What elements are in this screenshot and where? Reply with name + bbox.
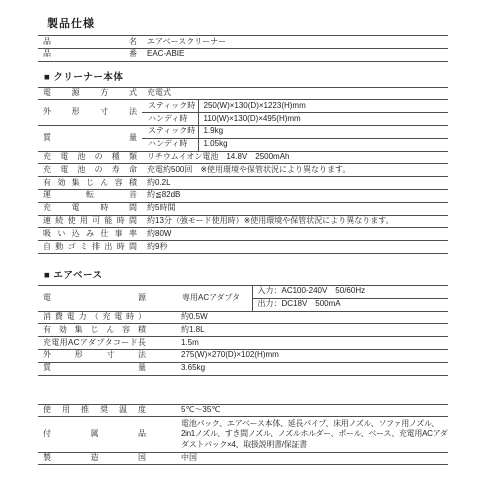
airbase-power-adapter: 専用ACアダプタ xyxy=(176,285,252,311)
operating-noise-label-cell: 運転音 xyxy=(38,189,142,202)
row-charge-time: 充電時間 約5時間 xyxy=(38,202,448,215)
power-consumption-value: 約0.5W xyxy=(176,311,448,324)
row-airbase-dust-capacity: 有効集じん容積 約1.8L xyxy=(38,324,448,337)
row-dust-capacity: 有効集じん容積 約0.2L xyxy=(38,177,448,190)
product-number-value: EAC-ABIE xyxy=(142,48,448,61)
dimensions-handy-sublabel: ハンディ時 xyxy=(142,113,198,126)
cord-length-label: 充電用ACアダプタコード長 xyxy=(43,339,146,348)
airbase-dust-capacity-label-cell: 有効集じん容積 xyxy=(38,324,176,337)
operating-noise-value: 約≦82dB xyxy=(142,189,448,202)
airbase-weight-value: 3.65kg xyxy=(176,362,448,375)
airbase-table: 電源 専用ACアダプタ 入力：AC100-240V 50/60Hz 出力：DC1… xyxy=(38,285,448,376)
accessories-label: 付属品 xyxy=(43,430,146,439)
cleaner-body-table: 電源方式 充電式 外形寸法 スティック時 250(W)×130(D)×1223(… xyxy=(38,87,448,254)
section-heading-cleaner-body: ■ クリーナー本体 xyxy=(44,69,448,83)
row-suction-power: 吸い込み仕事率 約80W xyxy=(38,228,448,241)
row-airbase-dimensions: 外形寸法 275(W)×270(D)×102(H)mm xyxy=(38,349,448,362)
country-of-origin-value: 中国 xyxy=(176,452,448,465)
row-country-of-origin: 製造国 中国 xyxy=(38,452,448,465)
weight-stick-sublabel: スティック時 xyxy=(142,125,198,138)
row-power-consumption: 消費電力（充電時） 約0.5W xyxy=(38,311,448,324)
weight-label-cell: 質量 xyxy=(38,125,142,151)
airbase-power-label-cell: 電源 xyxy=(38,285,176,311)
recommended-temperature-label: 使用推奨温度 xyxy=(43,406,146,415)
row-airbase-power-input: 電源 専用ACアダプタ 入力：AC100-240V 50/60Hz xyxy=(38,285,448,298)
airbase-dimensions-label-cell: 外形寸法 xyxy=(38,349,176,362)
row-airbase-weight: 質量 3.65kg xyxy=(38,362,448,375)
row-operating-noise: 運転音 約≦82dB xyxy=(38,189,448,202)
continuous-use-label: 連続使用可能時間 xyxy=(43,217,137,226)
product-name-value: エアベースクリーナー xyxy=(142,36,448,49)
accessories-value: 電池パック、エアベース本体、延長パイプ、床用ノズル、ソファ用ノズル、 2in1ノ… xyxy=(176,417,448,452)
auto-dust-eject-value: 約9秒 xyxy=(142,241,448,254)
dimensions-label: 外形寸法 xyxy=(43,108,137,117)
weight-handy-value: 1.05kg xyxy=(198,138,448,151)
suction-power-label-cell: 吸い込み仕事率 xyxy=(38,228,142,241)
row-accessories: 付属品 電池パック、エアベース本体、延長パイプ、床用ノズル、ソファ用ノズル、 2… xyxy=(38,417,448,452)
row-battery-life: 充電池の寿命 充電約500回 ※使用環境や保管状況により異なります。 xyxy=(38,164,448,177)
airbase-dust-capacity-value: 約1.8L xyxy=(176,324,448,337)
dimensions-stick-value: 250(W)×130(D)×1223(H)mm xyxy=(198,100,448,113)
spec-sheet-page: 製品仕様 品名 エアベースクリーナー 品番 EAC-ABIE ■ クリーナー本体… xyxy=(0,0,480,480)
battery-life-label: 充電池の寿命 xyxy=(43,166,137,175)
recommended-temperature-label-cell: 使用推奨温度 xyxy=(38,404,176,417)
dimensions-label-cell: 外形寸法 xyxy=(38,100,142,126)
charge-time-label-cell: 充電時間 xyxy=(38,202,142,215)
section-heading-airbase: ■ エアベース xyxy=(44,267,448,281)
accessories-line-1: 電池パック、エアベース本体、延長パイプ、床用ノズル、ソファ用ノズル、 xyxy=(181,419,444,429)
airbase-power-label: 電源 xyxy=(43,294,146,303)
row-power-type: 電源方式 充電式 xyxy=(38,87,448,100)
row-continuous-use: 連続使用可能時間 約13分（強モード使用時）※使用環境や保管状況により異なります… xyxy=(38,215,448,228)
airbase-dust-capacity-label: 有効集じん容積 xyxy=(43,326,146,335)
battery-type-label-cell: 充電池の種類 xyxy=(38,151,142,164)
auto-dust-eject-label: 自動ゴミ排出時間 xyxy=(43,243,137,252)
dimensions-handy-value: 110(W)×130(D)×495(H)mm xyxy=(198,113,448,126)
cord-length-label-cell: 充電用ACアダプタコード長 xyxy=(38,337,176,350)
row-cord-length: 充電用ACアダプタコード長 1.5m xyxy=(38,337,448,350)
country-of-origin-label-cell: 製造国 xyxy=(38,452,176,465)
battery-type-label: 充電池の種類 xyxy=(43,153,137,162)
product-id-table: 品名 エアベースクリーナー 品番 EAC-ABIE xyxy=(38,35,448,62)
airbase-weight-label: 質量 xyxy=(43,364,146,373)
product-number-label: 品番 xyxy=(43,50,137,59)
row-product-name: 品名 エアベースクリーナー xyxy=(38,36,448,49)
power-type-label: 電源方式 xyxy=(43,89,137,98)
accessories-line-2: 2in1ノズル、すき間ノズル、ノズルホルダー、ポール、ベース、充電用ACアダプタ… xyxy=(181,429,444,439)
battery-type-value: リチウムイオン電池 14.8V 2500mAh xyxy=(142,151,448,164)
battery-life-label-cell: 充電池の寿命 xyxy=(38,164,142,177)
continuous-use-value: 約13分（強モード使用時）※使用環境や保管状況により異なります。 xyxy=(142,215,448,228)
continuous-use-label-cell: 連続使用可能時間 xyxy=(38,215,142,228)
operating-noise-label: 運転音 xyxy=(43,191,137,200)
power-type-label-cell: 電源方式 xyxy=(38,87,142,100)
dimensions-stick-sublabel: スティック時 xyxy=(142,100,198,113)
common-table: 使用推奨温度 5℃～35℃ 付属品 電池パック、エアベース本体、延長パイプ、床用… xyxy=(38,404,448,466)
recommended-temperature-value: 5℃～35℃ xyxy=(176,404,448,417)
product-name-label: 品名 xyxy=(43,38,137,47)
product-number-label-cell: 品番 xyxy=(38,48,142,61)
suction-power-value: 約80W xyxy=(142,228,448,241)
row-dimensions-stick: 外形寸法 スティック時 250(W)×130(D)×1223(H)mm xyxy=(38,100,448,113)
weight-handy-sublabel: ハンディ時 xyxy=(142,138,198,151)
airbase-power-output-value: 出力：DC18V 500mA xyxy=(252,298,448,311)
suction-power-label: 吸い込み仕事率 xyxy=(43,230,137,239)
battery-life-value: 充電約500回 ※使用環境や保管状況により異なります。 xyxy=(142,164,448,177)
airbase-dimensions-label: 外形寸法 xyxy=(43,351,146,360)
airbase-dimensions-value: 275(W)×270(D)×102(H)mm xyxy=(176,349,448,362)
charge-time-label: 充電時間 xyxy=(43,204,137,213)
row-battery-type: 充電池の種類 リチウムイオン電池 14.8V 2500mAh xyxy=(38,151,448,164)
accessories-line-3: ダストパック×4、取扱説明書/保証書 xyxy=(181,440,444,450)
product-name-label-cell: 品名 xyxy=(38,36,142,49)
dust-capacity-label-cell: 有効集じん容積 xyxy=(38,177,142,190)
accessories-label-cell: 付属品 xyxy=(38,417,176,452)
row-product-number: 品番 EAC-ABIE xyxy=(38,48,448,61)
weight-stick-value: 1.9kg xyxy=(198,125,448,138)
power-type-value: 充電式 xyxy=(142,87,448,100)
weight-label: 質量 xyxy=(43,134,137,143)
dust-capacity-label: 有効集じん容積 xyxy=(43,179,137,188)
dust-capacity-value: 約0.2L xyxy=(142,177,448,190)
row-auto-dust-eject: 自動ゴミ排出時間 約9秒 xyxy=(38,241,448,254)
airbase-power-input-value: 入力：AC100-240V 50/60Hz xyxy=(252,285,448,298)
auto-dust-eject-label-cell: 自動ゴミ排出時間 xyxy=(38,241,142,254)
charge-time-value: 約5時間 xyxy=(142,202,448,215)
row-recommended-temperature: 使用推奨温度 5℃～35℃ xyxy=(38,404,448,417)
country-of-origin-label: 製造国 xyxy=(43,454,146,463)
page-title: 製品仕様 xyxy=(47,15,448,31)
power-consumption-label-cell: 消費電力（充電時） xyxy=(38,311,176,324)
cord-length-value: 1.5m xyxy=(176,337,448,350)
power-consumption-label: 消費電力（充電時） xyxy=(43,313,146,322)
row-weight-stick: 質量 スティック時 1.9kg xyxy=(38,125,448,138)
airbase-weight-label-cell: 質量 xyxy=(38,362,176,375)
